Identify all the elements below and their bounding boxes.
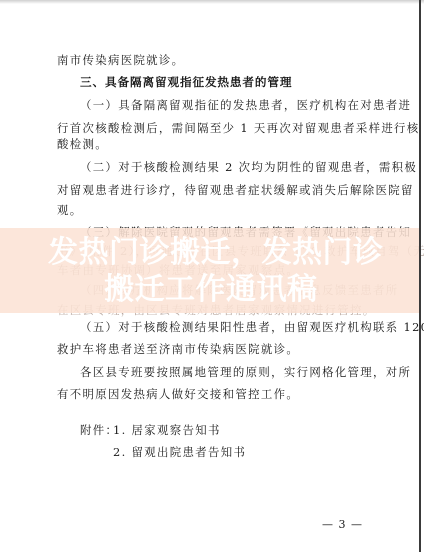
overlay-title-line-2: 搬迁工作通讯稿 xyxy=(104,272,318,308)
paragraph-line: 对留观患者进行诊疗，待留观患者症状缓解或消失后解除医院留 xyxy=(57,182,373,198)
overlay-title: 发热门诊搬迁，发热门诊 搬迁工作通讯稿 xyxy=(0,228,419,313)
attachment-item: 2. 留观出院患者告知书 xyxy=(113,444,424,460)
paragraph-line: 观。 xyxy=(57,202,373,218)
paragraph-line: （一）具备隔离留观指征的发热患者，医疗机构在对患者进 xyxy=(80,97,373,113)
page-edge-rule xyxy=(419,0,421,552)
paragraph-line: 有不明原因发热病人做好交接和管控工作。 xyxy=(57,386,373,402)
section-heading: 三、具备隔离留观指征发热患者的管理 xyxy=(80,74,373,90)
attachment-item: 1. 居家观察告知书 xyxy=(113,422,424,438)
paragraph-line: （二）对于核酸检测结果 2 次均为阴性的留观患者，需积极 xyxy=(80,159,373,175)
paragraph-line: 南市传染病医院就诊。 xyxy=(57,52,373,68)
overlay-title-line-1: 发热门诊搬迁，发热门诊 xyxy=(48,235,384,271)
paragraph-line: （五）对于核酸检测结果阳性患者，由留观医疗机构联系 120 xyxy=(80,319,373,335)
paragraph-line: 各区县专班要按照属地管理的原则，实行网格化管理，对所 xyxy=(80,364,373,380)
paragraph-line: 酸检测。 xyxy=(57,136,373,152)
page-number: — 3 — xyxy=(322,518,363,531)
paragraph-line: 行首次核酸检测后，需间隔至少 1 天再次对留观患者采样进行核 xyxy=(57,120,373,136)
paragraph-line: 救护车将患者送至济南市传染病医院就诊。 xyxy=(57,341,373,357)
